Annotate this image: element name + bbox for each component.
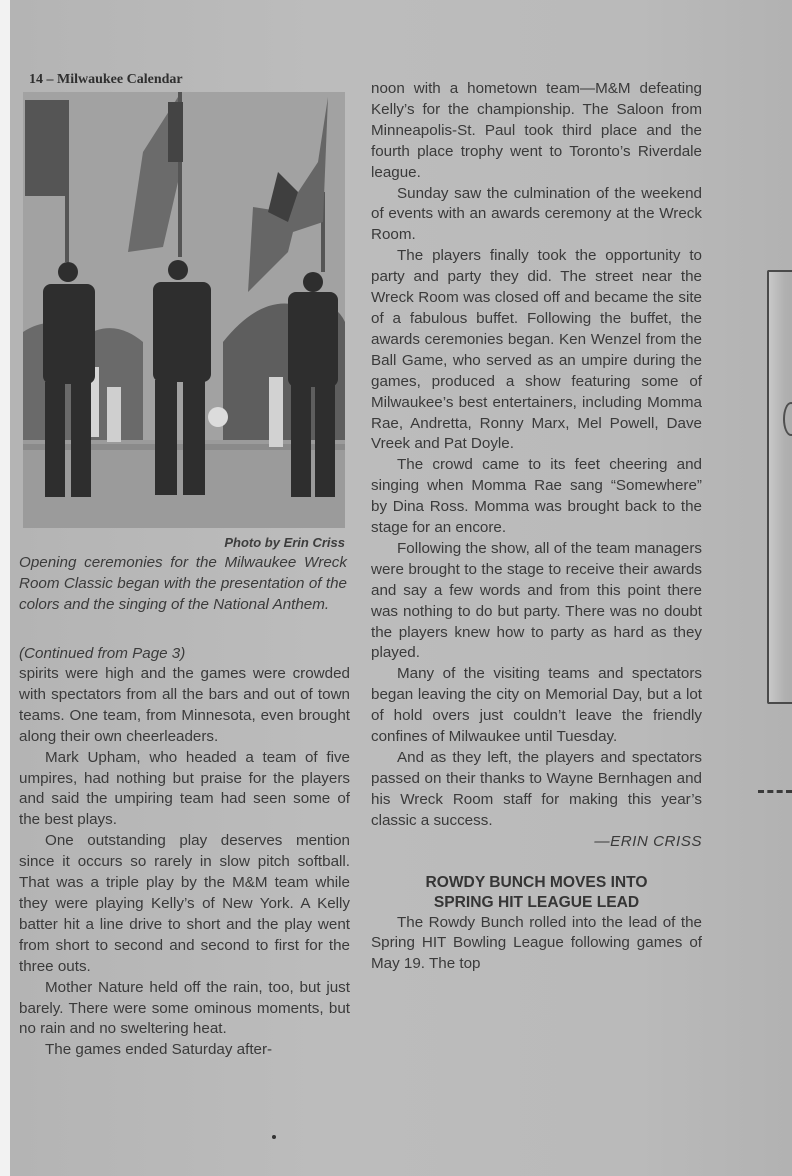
paragraph: And as they left, the players and specta… xyxy=(371,748,702,832)
paragraph: Sunday saw the culmination of the weeken… xyxy=(371,184,702,247)
paragraph: The games ended Saturday after- xyxy=(19,1040,350,1061)
article-column-left: spirits were high and the games were cro… xyxy=(19,664,350,1061)
paragraph: noon with a hometown team—M&M defeating … xyxy=(371,79,702,184)
paragraph: The players finally took the opportunity… xyxy=(371,246,702,455)
byline: —ERIN CRISS xyxy=(371,832,702,853)
article-column-right: noon with a hometown team—M&M defeating … xyxy=(371,79,702,975)
paragraph: Many of the visiting teams and spectator… xyxy=(371,664,702,748)
page-folio: 14 – Milwaukee Calendar xyxy=(29,72,183,88)
news-photo xyxy=(23,92,345,528)
paragraph: Mark Upham, who headed a team of five um… xyxy=(19,748,350,832)
second-article-headline: ROWDY BUNCH MOVES INTO SPRING HIT LEAGUE… xyxy=(371,873,702,913)
headline-line-2: SPRING HIT LEAGUE LEAD xyxy=(371,893,702,913)
paragraph: spirits were high and the games were cro… xyxy=(19,664,350,748)
paragraph: Following the show, all of the team mana… xyxy=(371,539,702,664)
adjacent-page-drawing xyxy=(767,270,792,704)
wood-knot-icon xyxy=(783,402,792,436)
paragraph: The crowd came to its feet cheering and … xyxy=(371,455,702,539)
photo-caption: Opening ceremonies for the Milwaukee Wre… xyxy=(19,552,347,615)
photo-credit: Photo by Erin Criss xyxy=(23,535,345,550)
paragraph: One outstanding play deserves mention si… xyxy=(19,831,350,977)
page-edge xyxy=(0,0,10,1176)
print-speck xyxy=(272,1135,276,1139)
adjacent-page-dash xyxy=(758,790,792,793)
headline-line-1: ROWDY BUNCH MOVES INTO xyxy=(371,873,702,893)
continued-from-label: (Continued from Page 3) xyxy=(19,645,185,662)
paragraph: Mother Nature held off the rain, too, bu… xyxy=(19,978,350,1041)
second-article-body: The Rowdy Bunch rolled into the lead of … xyxy=(371,913,702,976)
